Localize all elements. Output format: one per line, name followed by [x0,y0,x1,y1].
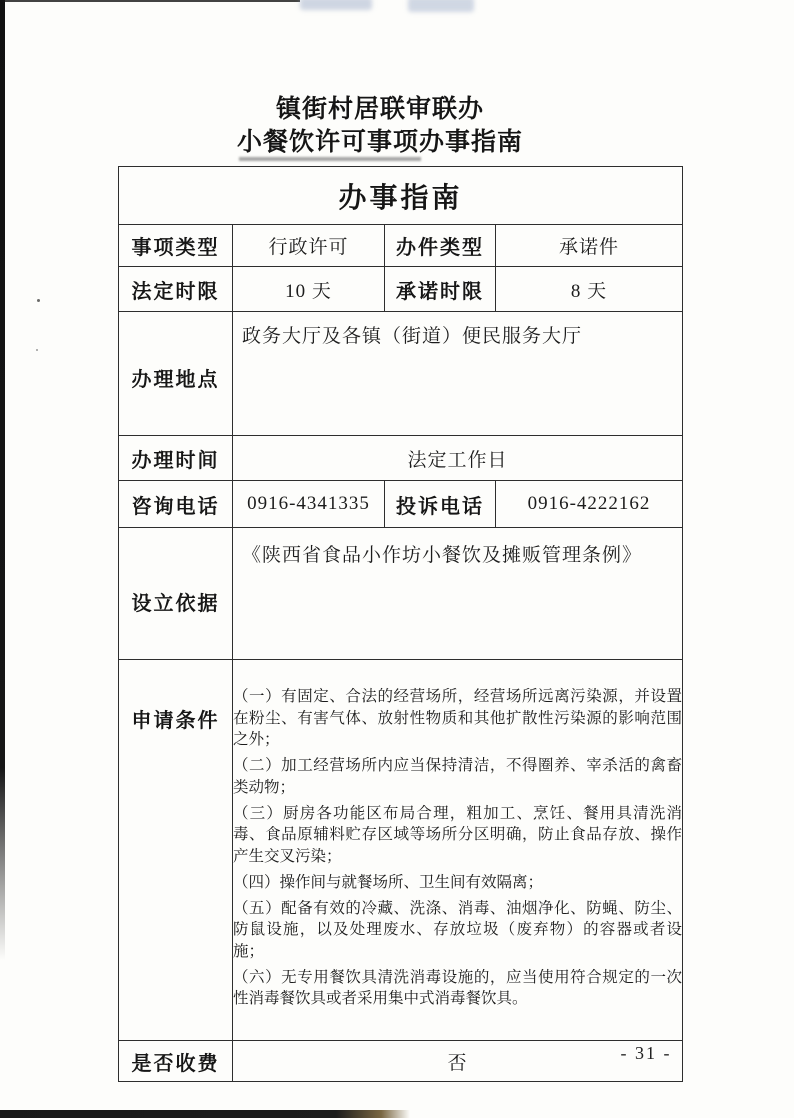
location-label: 办理地点 [119,312,233,436]
legal-limit-value: 10 天 [233,267,385,312]
table-row: 法定时限 10 天 承诺时限 8 天 [119,267,683,312]
inquiry-phone-value: 0916-4341335 [233,481,385,528]
table-row: 申请条件 （一）有固定、合法的经营场所，经营场所远离污染源，并设置在粉尘、有害气… [119,660,683,1041]
ink-bleed-mark [408,0,474,12]
table-row: 咨询电话 0916-4341335 投诉电话 0916-4222162 [119,481,683,528]
document-title-line1: 镇街村居联审联办 [0,93,760,126]
scan-edge-bottom [0,1110,410,1118]
scan-edge-top [0,0,300,2]
condition-item-5: （五）配备有效的冷藏、洗涤、消毒、油烟净化、防蝇、防尘、防鼠设施，以及处理废水、… [233,898,682,963]
legal-basis-label: 设立依据 [119,528,233,660]
location-value: 政务大厅及各镇（街道）便民服务大厅 [233,312,683,436]
hours-value: 法定工作日 [233,436,683,481]
table-row: 办理地点 政务大厅及各镇（街道）便民服务大厅 [119,312,683,436]
ink-bleed-mark [300,0,372,10]
promise-limit-value: 8 天 [496,267,683,312]
document-title: 镇街村居联审联办 小餐饮许可事项办事指南 [0,93,760,159]
conditions-label: 申请条件 [119,660,233,1041]
table-row: 设立依据 《陕西省食品小作坊小餐饮及摊贩管理条例》 [119,528,683,660]
hours-label: 办理时间 [119,436,233,481]
handle-type-label: 办件类型 [385,225,496,267]
handle-type-value: 承诺件 [496,225,683,267]
complaint-phone-value: 0916-4222162 [496,481,683,528]
conditions-value: （一）有固定、合法的经营场所，经营场所远离污染源，并设置在粉尘、有害气体、放射性… [233,660,683,1041]
table-title: 办事指南 [119,167,683,225]
table-header-row: 办事指南 [119,167,683,225]
table-row: 事项类型 行政许可 办件类型 承诺件 [119,225,683,267]
condition-item-3: （三）厨房各功能区布局合理，粗加工、烹饪、餐用具清洗消毒、食品原辅料贮存区域等场… [233,803,682,868]
table-row: 办理时间 法定工作日 [119,436,683,481]
item-type-value: 行政许可 [233,225,385,267]
item-type-label: 事项类型 [119,225,233,267]
condition-item-2: （二）加工经营场所内应当保持清洁，不得圈养、宰杀活的禽畜类动物； [233,755,682,798]
page-number: - 31 - [600,1043,692,1064]
legal-basis-value: 《陕西省食品小作坊小餐饮及摊贩管理条例》 [233,528,683,660]
promise-limit-label: 承诺时限 [385,267,496,312]
scan-speck [36,349,38,351]
service-guide-table: 办事指南 事项类型 行政许可 办件类型 承诺件 法定时限 10 天 承诺时限 8… [118,166,683,1082]
inquiry-phone-label: 咨询电话 [119,481,233,528]
complaint-phone-label: 投诉电话 [385,481,496,528]
table-row: 是否收费 否 [119,1041,683,1082]
condition-item-6: （六）无专用餐饮具清洗消毒设施的，应当使用符合规定的一次性消毒餐饮具或者采用集中… [233,967,682,1010]
document-title-line2: 小餐饮许可事项办事指南 [0,126,760,159]
condition-item-4: （四）操作间与就餐场所、卫生间有效隔离； [233,872,682,894]
fee-label: 是否收费 [119,1041,233,1082]
scan-speck [37,299,40,302]
legal-limit-label: 法定时限 [119,267,233,312]
condition-item-1: （一）有固定、合法的经营场所，经营场所远离污染源，并设置在粉尘、有害气体、放射性… [233,686,682,751]
